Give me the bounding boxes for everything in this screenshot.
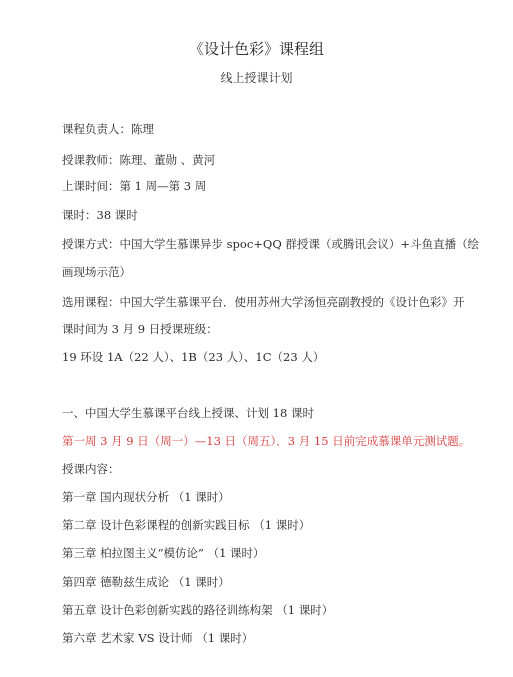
chapter-item: 第六章 艺术家 VS 设计师 （1 课时） [62, 631, 253, 645]
chapter-item: 第二章 设计色彩课程的创新实践目标 （1 课时） [62, 518, 310, 532]
teaching-method-line2: 画现场示范） [62, 265, 131, 279]
section1-heading: 一、中国大学生慕课平台线上授课、计划 18 课时 [62, 406, 314, 420]
schedule: 上课时间：第 1 周—第 3 周 [62, 179, 206, 193]
document-title: 《设计色彩》课程组 [0, 38, 513, 59]
chapter-item: 第四章 德勒兹生成论 （1 课时） [62, 575, 230, 589]
document-subtitle: 线上授课计划 [0, 69, 513, 86]
hours: 课时：38 课时 [62, 208, 138, 222]
chapter-item: 第一章 国内现状分析 （1 课时） [62, 490, 230, 504]
classes: 19 环设 1A（22 人）、1B（23 人）、1C（23 人） [62, 350, 324, 364]
teaching-method-line1: 授课方式：中国大学生慕课异步 spoc+QQ 群授课（或腾讯会议）+斗鱼直播（绘 [62, 237, 479, 251]
section1-notice: 第一周 3 月 9 日（周一）—13 日（周五）．3 月 15 日前完成慕课单元… [62, 434, 470, 448]
selected-course-line2: 课时间为 3 月 9 日授课班级： [62, 322, 218, 336]
teachers: 授课教师：陈理、董勋 、黄河 [62, 153, 215, 167]
chapter-item: 第五章 设计色彩创新实践的路径训练构架 （1 课时） [62, 603, 333, 617]
selected-course-line1: 选用课程：中国大学生慕课平台．使用苏州大学汤恒亮副教授的《设计色彩》开 [62, 295, 465, 309]
content-label: 授课内容： [62, 462, 120, 476]
course-leader: 课程负责人：陈理 [62, 122, 154, 136]
chapter-item: 第三章 柏拉图主义“模仿论” （1 课时） [62, 546, 265, 560]
